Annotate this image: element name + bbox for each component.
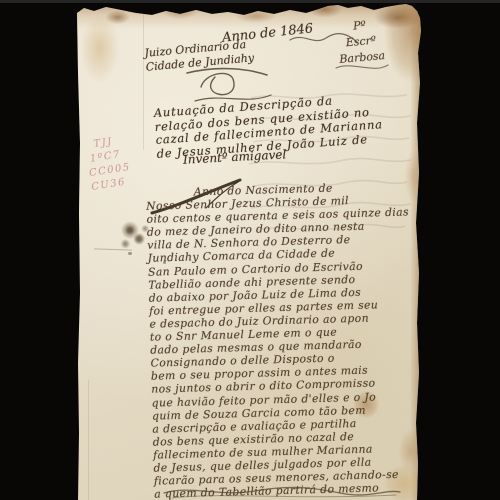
pencil-scratch (94, 248, 132, 250)
manuscript-photo: TJJ 1ºC7 CC005 CU36 Anno de 1846 Pº Escr… (0, 0, 500, 500)
top-left-stain (82, 15, 126, 99)
ink-speck (128, 252, 132, 255)
bottom-flourish (160, 483, 405, 500)
body-text: Anno do Nascimento de Nosso Senhor Jezus… (146, 179, 417, 500)
signature-underline (334, 61, 392, 75)
archival-mark: TJJ 1ºC7 CC005 CU36 (84, 133, 134, 195)
crease-line (143, 10, 144, 150)
crease-line (88, 380, 89, 500)
paper-sheet: TJJ 1ºC7 CC005 CU36 Anno de 1846 Pº Escr… (76, 3, 422, 500)
